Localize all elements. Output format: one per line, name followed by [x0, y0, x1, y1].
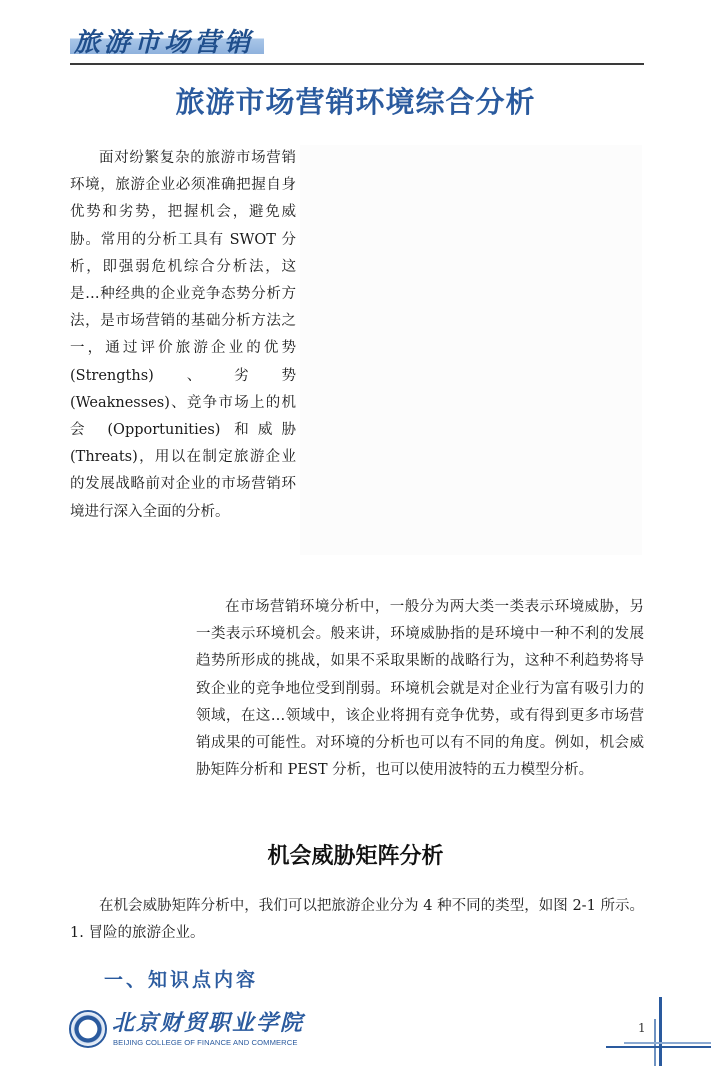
- knowledge-heading: 一、知识点内容: [104, 966, 258, 994]
- college-logo-english: BEIJING COLLEGE OF FINANCE AND COMMERCE: [113, 1038, 298, 1048]
- body-paragraph-environment: 在市场营销环境分析中，一般分为两大类一类表示环境威胁，另一类表示环境机会。般来讲…: [196, 594, 644, 784]
- corner-decoration-line: [659, 997, 662, 1066]
- corner-decoration-line: [606, 1046, 711, 1048]
- header-divider: [70, 63, 644, 65]
- page-number: 1: [638, 1020, 646, 1036]
- corner-decoration-line: [624, 1042, 711, 1044]
- college-logo-name: 北京财贸职业学院: [112, 1009, 304, 1037]
- page-title: 旅游市场营销环境综合分析: [0, 82, 711, 122]
- intro-paragraph: 面对纷繁复杂的旅游市场营销环境，旅游企业必须准确把握自身优势和劣势，把握机会，避…: [70, 145, 296, 526]
- image-placeholder: [300, 145, 642, 555]
- body-paragraph-matrix: 在机会威胁矩阵分析中，我们可以把旅游企业分为 4 种不同的类型，如图 2-1 所…: [70, 893, 644, 947]
- section-title: 机会威胁矩阵分析: [0, 840, 711, 874]
- college-emblem-icon: [69, 1010, 107, 1048]
- header-banner-title: 旅游市场营销: [74, 26, 254, 60]
